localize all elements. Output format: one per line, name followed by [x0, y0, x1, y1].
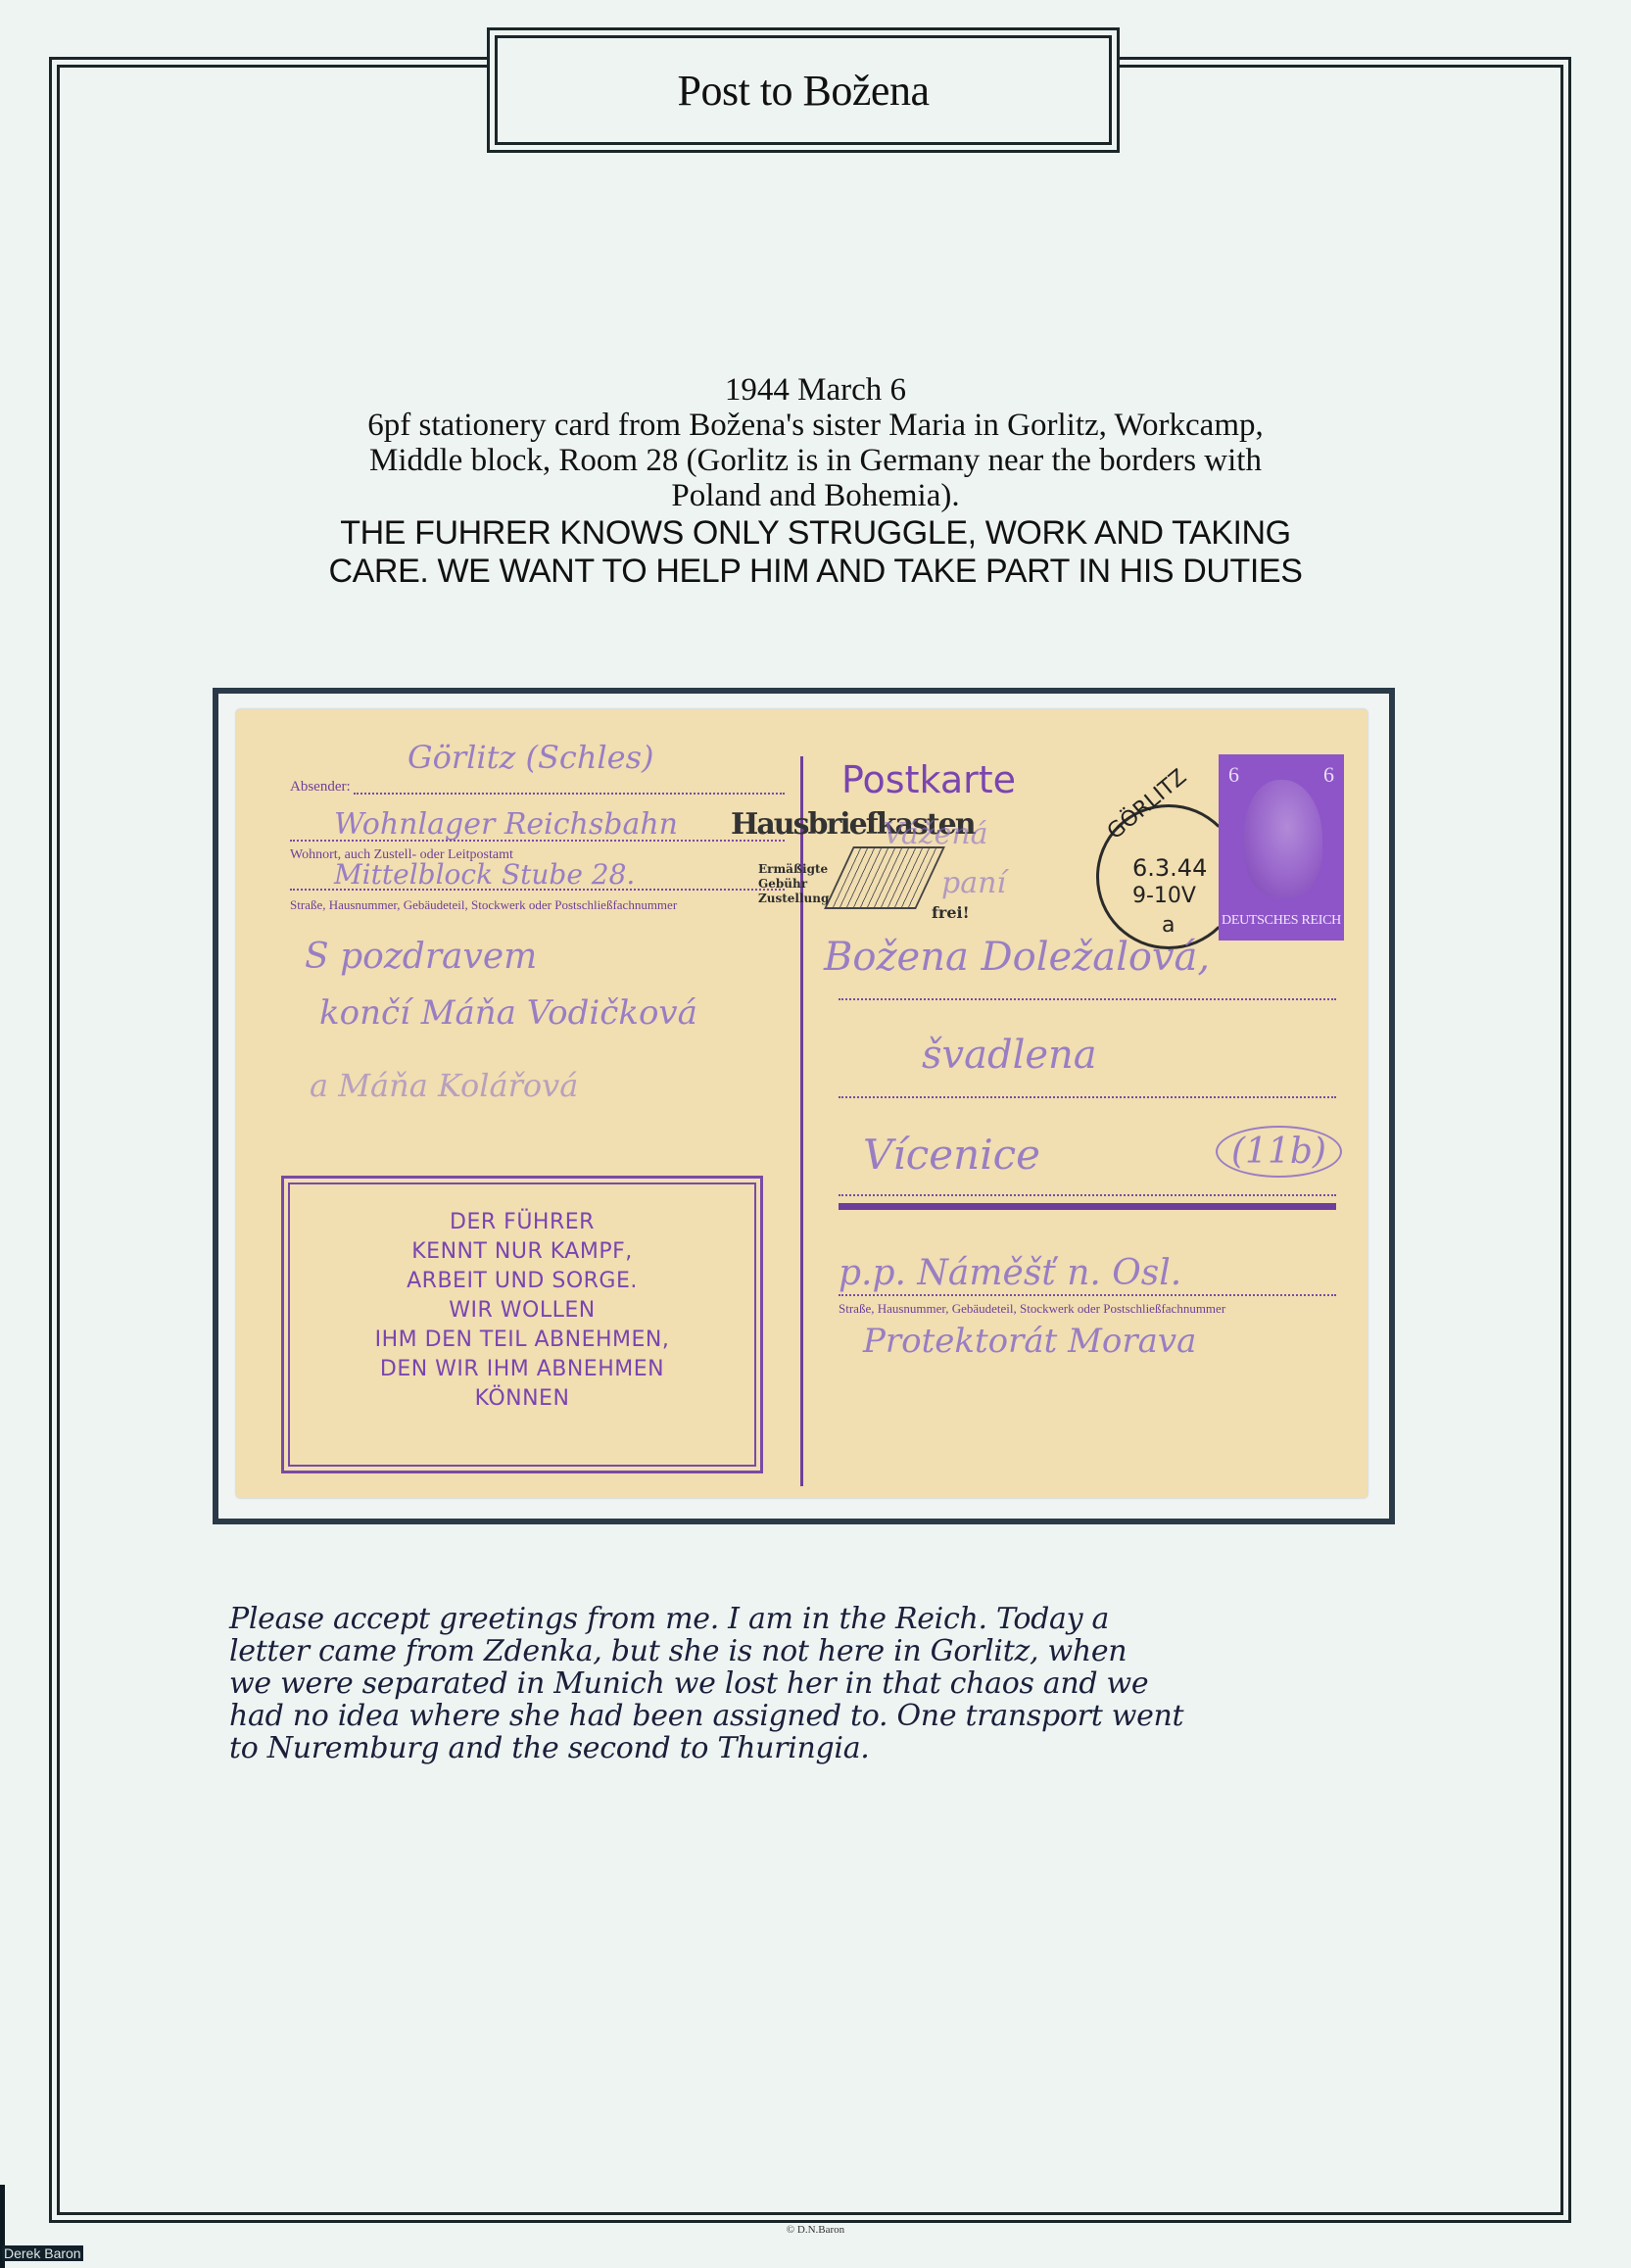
- recipient-handwriting: Vážená: [883, 817, 988, 851]
- postmark-town: GÖRLITZ: [1103, 765, 1191, 844]
- postcard: Absender: Görlitz (Schles) Wohnlager Rei…: [236, 709, 1367, 1498]
- dotted-line: [354, 793, 785, 795]
- watermark: Derek Baron: [2, 2245, 83, 2261]
- slogan-tail: frei!: [932, 903, 970, 922]
- recipient-handwriting: paní: [941, 866, 1006, 900]
- propaganda-line: KENNT NUR KAMPF,: [284, 1237, 760, 1267]
- greeting-handwriting: končí Máňa Vodičková: [319, 993, 697, 1033]
- stamp-value: 6: [1323, 762, 1334, 788]
- greeting-handwriting: S pozdravem: [305, 937, 537, 977]
- dotted-line: [839, 1194, 1336, 1196]
- recipient-handwriting: p.p. Náměšť n. Osl.: [839, 1253, 1181, 1293]
- strasse-label: Straße, Hausnummer, Gebäudeteil, Stockwe…: [290, 897, 677, 913]
- mailbox-illustration-icon: [824, 846, 945, 909]
- description-line: 6pf stationery card from Božena's sister…: [196, 408, 1435, 443]
- imprinted-stamp: 6 6 DEUTSCHES REICH: [1219, 754, 1344, 941]
- sender-handwriting: Görlitz (Schles): [408, 739, 654, 776]
- copyright: © D.N.Baron: [0, 2224, 1631, 2236]
- propaganda-line: DER FÜHRER: [284, 1208, 760, 1237]
- recipient-handwriting: Vícenice: [863, 1131, 1040, 1179]
- letter-line: we were separated in Munich we lost her …: [229, 1667, 1405, 1700]
- page-title: Post to Božena: [678, 66, 930, 116]
- recipient-strasse-label: Straße, Hausnummer, Gebäudeteil, Stockwe…: [839, 1301, 1225, 1317]
- postkarte-heading: Postkarte: [841, 758, 1016, 801]
- slogan-line: Ermäßigte: [758, 862, 829, 877]
- solid-line: [839, 1203, 1336, 1210]
- sender-handwriting: Wohnlager Reichsbahn: [334, 807, 678, 842]
- dotted-line: [839, 998, 1336, 1000]
- sender-handwriting: Mittelblock Stube 28.: [334, 858, 635, 891]
- slogan-line: Gebühr: [758, 877, 829, 892]
- title-box: Post to Božena: [487, 27, 1120, 153]
- description-date: 1944 March 6: [196, 372, 1435, 408]
- letter-line: had no idea where she had been assigned …: [229, 1700, 1405, 1732]
- letter-line: letter came from Zdenka, but she is not …: [229, 1635, 1405, 1667]
- propaganda-line: KÖNNEN: [284, 1384, 760, 1414]
- slogan-text: Ermäßigte Gebühr Zustellung: [758, 862, 829, 906]
- dotted-line: [839, 1096, 1336, 1098]
- greeting-handwriting: a Máňa Kolářová: [310, 1067, 578, 1104]
- dotted-line: [290, 840, 785, 842]
- dotted-line: [290, 889, 785, 891]
- description-line: Poland and Bohemia).: [196, 478, 1435, 513]
- propaganda-box: DER FÜHRER KENNT NUR KAMPF, ARBEIT UND S…: [281, 1176, 763, 1473]
- recipient-handwriting: Božena Doležalová,: [824, 935, 1210, 980]
- dotted-line: [839, 1294, 1336, 1296]
- propaganda-line: DEN WIR IHM ABNEHMEN: [284, 1355, 760, 1384]
- description-line: Middle block, Room 28 (Gorlitz is in Ger…: [196, 443, 1435, 478]
- letter-translation: Please accept greetings from me. I am in…: [229, 1603, 1405, 1764]
- translation-line: CARE. WE WANT TO HELP HIM AND TAKE PART …: [196, 554, 1435, 590]
- recipient-handwriting: Protektorát Morava: [863, 1322, 1196, 1361]
- propaganda-line: ARBEIT UND SORGE.: [284, 1267, 760, 1296]
- description: 1944 March 6 6pf stationery card from Bo…: [196, 372, 1435, 590]
- stamp-country: DEUTSCHES REICH: [1219, 913, 1344, 929]
- letter-line: to Nuremburg and the second to Thuringia…: [229, 1732, 1405, 1764]
- letter-line: Please accept greetings from me. I am in…: [229, 1603, 1405, 1635]
- postmark-time: 9-10V: [1132, 884, 1196, 908]
- postal-district-circle: (11b): [1216, 1126, 1342, 1178]
- translation-line: THE FUHRER KNOWS ONLY STRUGGLE, WORK AND…: [196, 515, 1435, 552]
- propaganda-line: IHM DEN TEIL ABNEHMEN,: [284, 1326, 760, 1355]
- absender-label: Absender:: [290, 779, 351, 796]
- portrait-icon: [1244, 780, 1322, 897]
- slogan-line: Zustellung: [758, 892, 829, 906]
- postmark-date: 6.3.44: [1132, 854, 1207, 882]
- stamp-value: 6: [1228, 762, 1239, 788]
- propaganda-line: WIR WOLLEN: [284, 1296, 760, 1326]
- recipient-handwriting: švadlena: [922, 1033, 1097, 1078]
- propaganda-text: DER FÜHRER KENNT NUR KAMPF, ARBEIT UND S…: [284, 1208, 760, 1414]
- card-mount: Absender: Görlitz (Schles) Wohnlager Rei…: [213, 688, 1395, 1524]
